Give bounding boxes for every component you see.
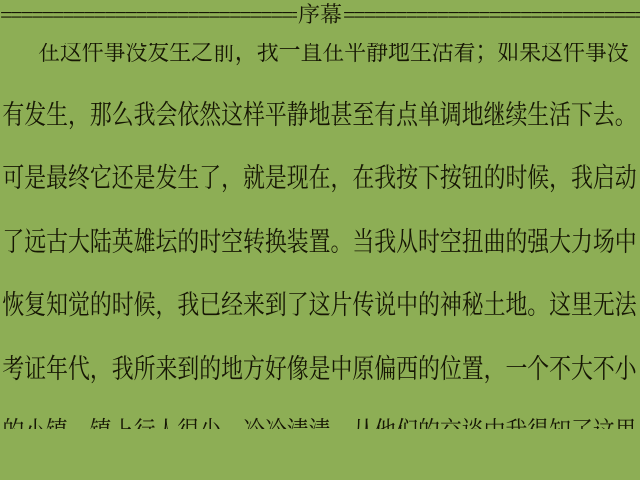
separator-left: ========================================… [0, 3, 297, 27]
title-separator-row: ========================================… [0, 2, 640, 28]
text-line: 可是最终它还是发生了，就是现在，在我按下按钮的时候，我启动 [0, 147, 518, 211]
text-line: 有发生，那么我会依然这样平静地甚至有点单调地继续生活下去。 [0, 84, 518, 148]
separator-right: ========================================… [343, 3, 640, 27]
text-line: 的小镇，镇上行人很少，冷冷清清，从他们的交谈中我得知了这里 [0, 401, 518, 429]
prologue-text-viewport: 在这件事没发生之前，我一直在平静地生活着；如果这件事没 有发生，那么我会依然这样… [0, 43, 640, 429]
text-line: 恢复知觉的时候，我已经来到了这片传说中的神秘土地。这里无法 [0, 274, 518, 338]
page-title: 序幕 [297, 3, 343, 27]
prologue-screen: ========================================… [0, 0, 640, 480]
prologue-text: 在这件事没发生之前，我一直在平静地生活着；如果这件事没 有发生，那么我会依然这样… [0, 43, 640, 429]
text-line: 考证年代，我所来到的地方好像是中原偏西的位置，一个不大不小 [0, 338, 518, 402]
text-line: 在这件事没发生之前，我一直在平静地生活着；如果这件事没 [0, 43, 518, 84]
text-line: 了远古大陆英雄坛的时空转换装置。当我从时空扭曲的强大力场中 [0, 211, 518, 275]
